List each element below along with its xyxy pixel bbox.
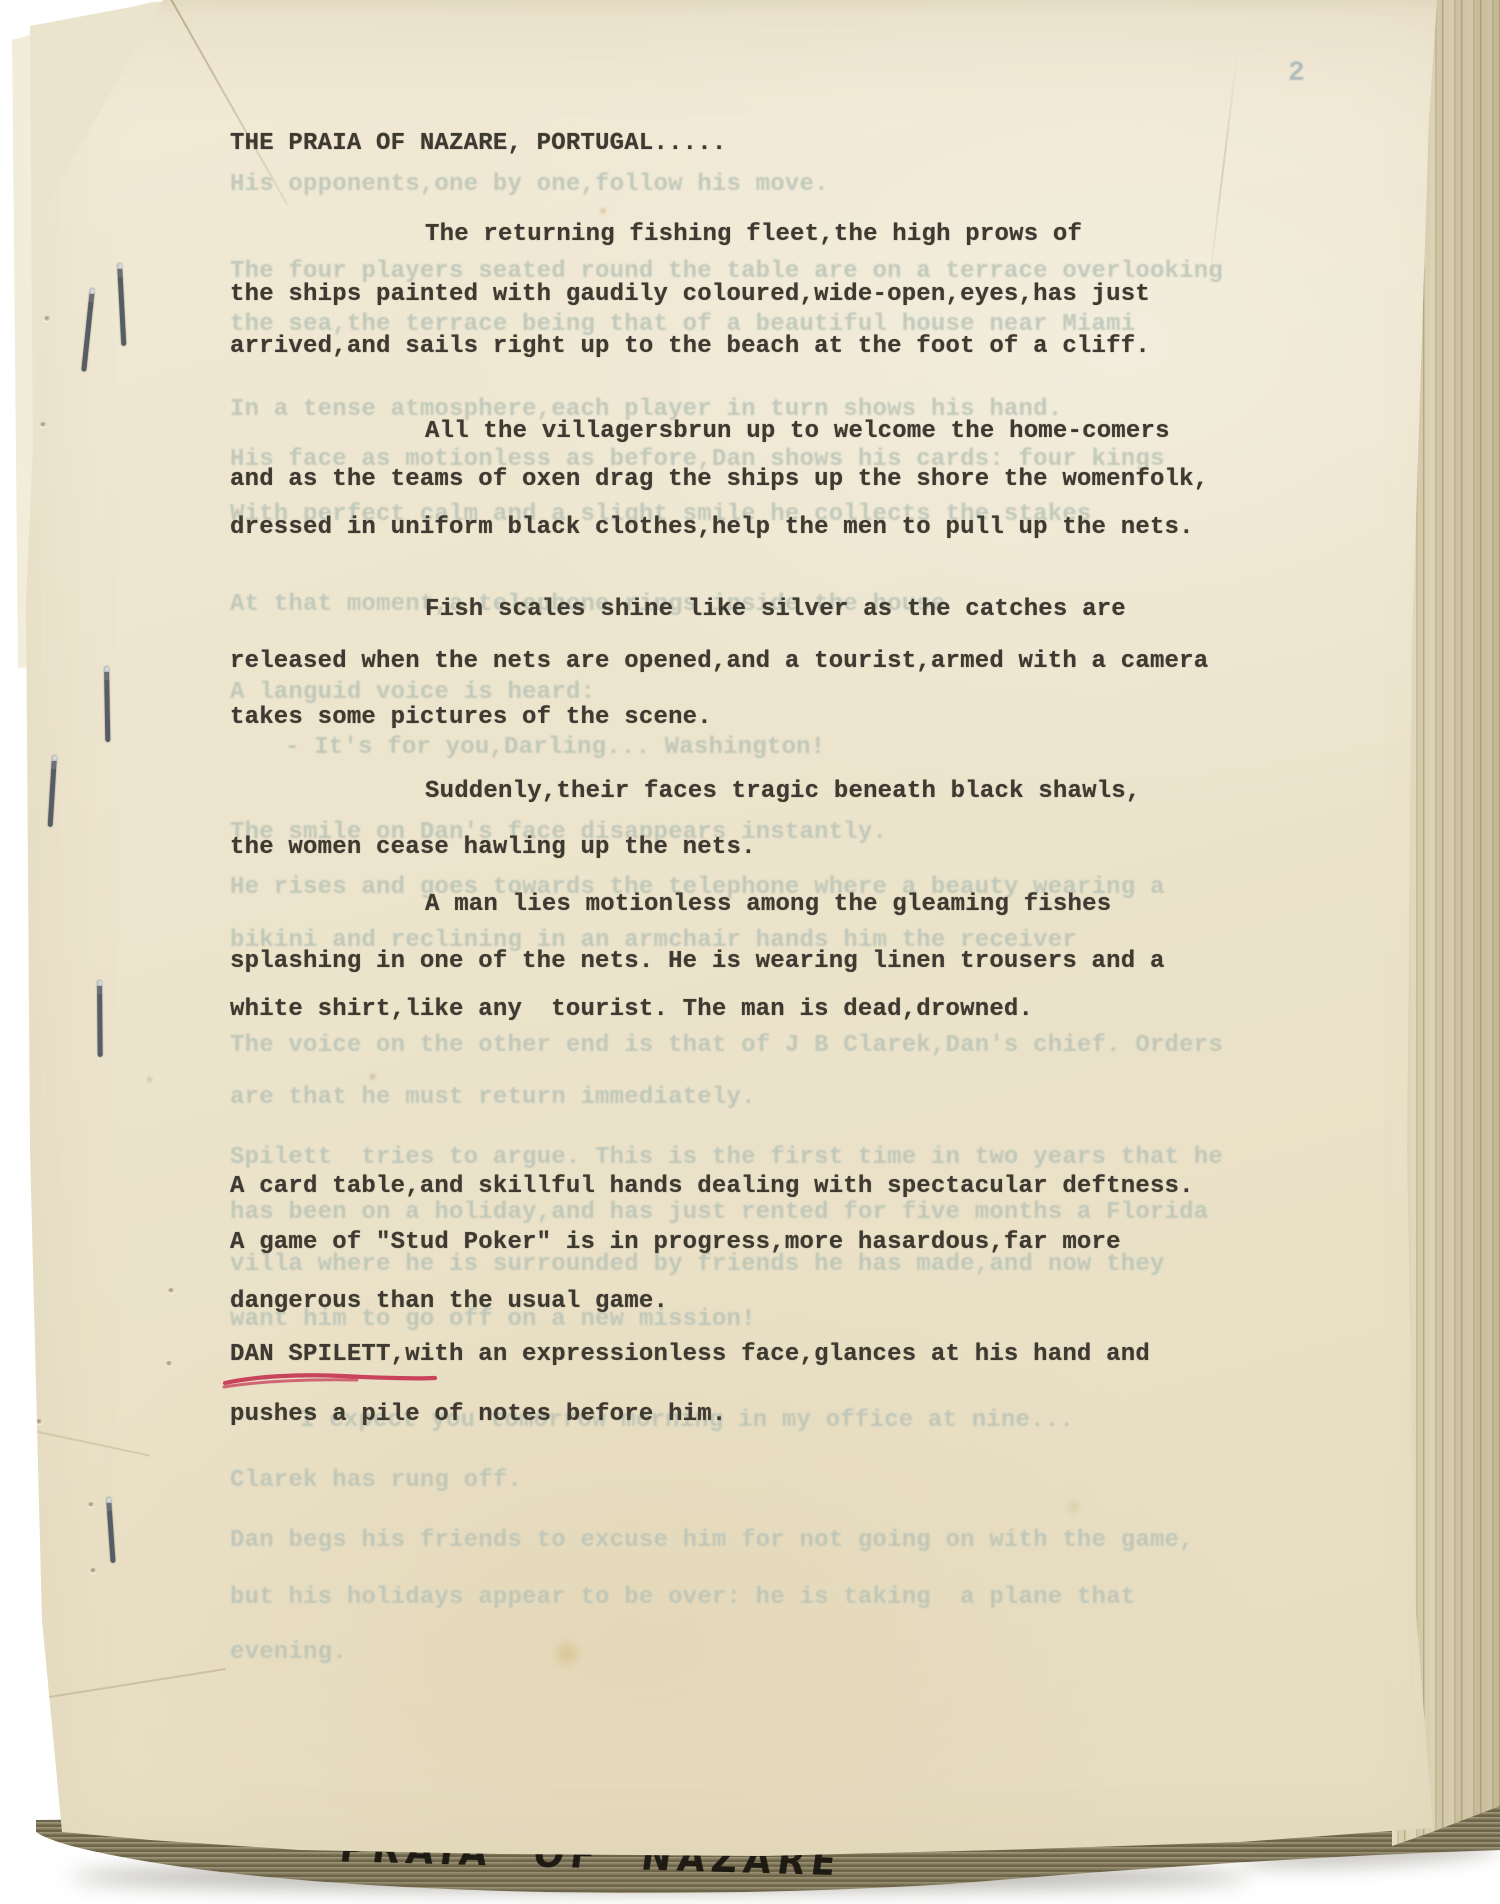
pinhole (36, 1419, 43, 1424)
typed-line: A man lies motionless among the gleaming… (425, 892, 1111, 918)
typed-line: splashing in one of the nets. He is wear… (230, 949, 1165, 975)
ghost-line: the sea,the terrace being that of a beau… (230, 312, 1135, 338)
ghost-line: His opponents,one by one,follow his move… (230, 172, 829, 198)
typed-line: A game of "Stud Poker" is in progress,mo… (230, 1230, 1121, 1256)
ghost-line: I expect you tomorrow morning in my offi… (300, 1408, 1074, 1434)
scanned-script-page-2: { "document": { "page_number": "2", "hea… (0, 0, 1500, 1904)
staple (97, 980, 103, 1057)
pinhole (88, 1502, 95, 1507)
ghost-line: A languid voice is heard: (230, 680, 595, 706)
ghost-line: are that he must return immediately. (230, 1085, 756, 1111)
typed-line: All the villagersbrun up to welcome the … (425, 419, 1170, 445)
typed-line: released when the nets are opened,and a … (230, 649, 1208, 675)
red-underline-annotation (222, 1368, 440, 1394)
ghost-line: Dan begs his friends to excuse him for n… (230, 1528, 1194, 1554)
typed-line: A card table,and skillful hands dealing … (230, 1174, 1194, 1200)
staple (81, 288, 95, 372)
typed-text-layer: THE PRAIA OF NAZARE, PORTUGAL.....The re… (0, 0, 1500, 1904)
ghost-line: - It's for you,Darling... Washington! (285, 735, 825, 761)
staple (48, 755, 57, 827)
ghost-line: want him to go off on a new mission! (230, 1307, 756, 1333)
typed-line: dangerous than the usual game. (230, 1289, 668, 1315)
typed-line: dressed in uniform black clothes,help th… (230, 515, 1194, 541)
crease-line (34, 1430, 151, 1456)
typed-line: and as the teams of oxen drag the ships … (230, 467, 1208, 493)
pinhole (166, 1361, 173, 1366)
ghost-line: The smile on Dan's face disappears insta… (230, 820, 887, 846)
ghost-line: has been on a holiday,and has just rente… (230, 1200, 1208, 1226)
pinholes-layer (0, 0, 1500, 1904)
typed-line: The returning fishing fleet,the high pro… (425, 222, 1082, 248)
stains-layer (0, 0, 1500, 1904)
page-number: 2 (1288, 58, 1305, 89)
staple (117, 263, 126, 346)
typed-line: the ships painted with gaudily coloured,… (230, 282, 1150, 308)
ghost-line: bikini and reclining in an armchair hand… (230, 928, 1077, 954)
pinhole (40, 422, 47, 427)
pinhole (168, 1288, 175, 1293)
typed-line: Fish scales shine like silver as the cat… (425, 597, 1126, 623)
staple (104, 666, 110, 742)
typed-line: Suddenly,their faces tragic beneath blac… (425, 779, 1141, 805)
ghost-line: Spilett tries to argue. This is the firs… (230, 1145, 1223, 1171)
pinhole (44, 316, 51, 321)
typed-line: the women cease hawling up the nets. (230, 835, 756, 861)
stain (545, 1632, 589, 1676)
ghost-line: evening. (230, 1640, 347, 1666)
ghost-line: He rises and goes towards the telephone … (230, 875, 1165, 901)
crease-line (168, 0, 288, 205)
staple (106, 1497, 116, 1563)
typed-line: white shirt,like any tourist. The man is… (230, 997, 1033, 1023)
typed-line: arrived,and sails right up to the beach … (230, 334, 1150, 360)
ghost-line: With perfect calm and a slight smile he … (230, 502, 1092, 528)
staples-layer (0, 0, 1500, 1904)
typed-line: DAN SPILETT,with an expressionless face,… (230, 1342, 1150, 1368)
typed-line: takes some pictures of the scene. (230, 705, 712, 731)
ghost-line: The four players seated round the table … (230, 259, 1223, 285)
pinhole (90, 1568, 97, 1573)
ghost-line: The voice on the other end is that of J … (230, 1033, 1223, 1059)
crease-line (30, 1668, 226, 1700)
crease-line (1206, 41, 1240, 299)
stain (368, 1072, 377, 1081)
ghost-line: At that moment,a telephone rings inside … (230, 592, 946, 618)
typed-line: THE PRAIA OF NAZARE, PORTUGAL..... (230, 131, 726, 157)
ghost-line: In a tense atmosphere,each player in tur… (230, 397, 1062, 423)
ghost-line: His face as motionless as before,Dan sho… (230, 447, 1165, 473)
stain (1060, 1494, 1086, 1520)
stain (598, 206, 608, 216)
script-page: His opponents,one by one,follow his move… (0, 0, 1500, 1904)
ghost-line: but his holidays appear to be over: he i… (230, 1585, 1135, 1611)
ghost-text-layer: His opponents,one by one,follow his move… (0, 0, 1500, 1904)
typed-line: pushes a pile of notes before him. (230, 1402, 726, 1428)
ghost-line: Clarek has rung off. (230, 1468, 522, 1494)
stain (146, 1076, 153, 1083)
ghost-line: villa where he is surrounded by friends … (230, 1252, 1165, 1278)
